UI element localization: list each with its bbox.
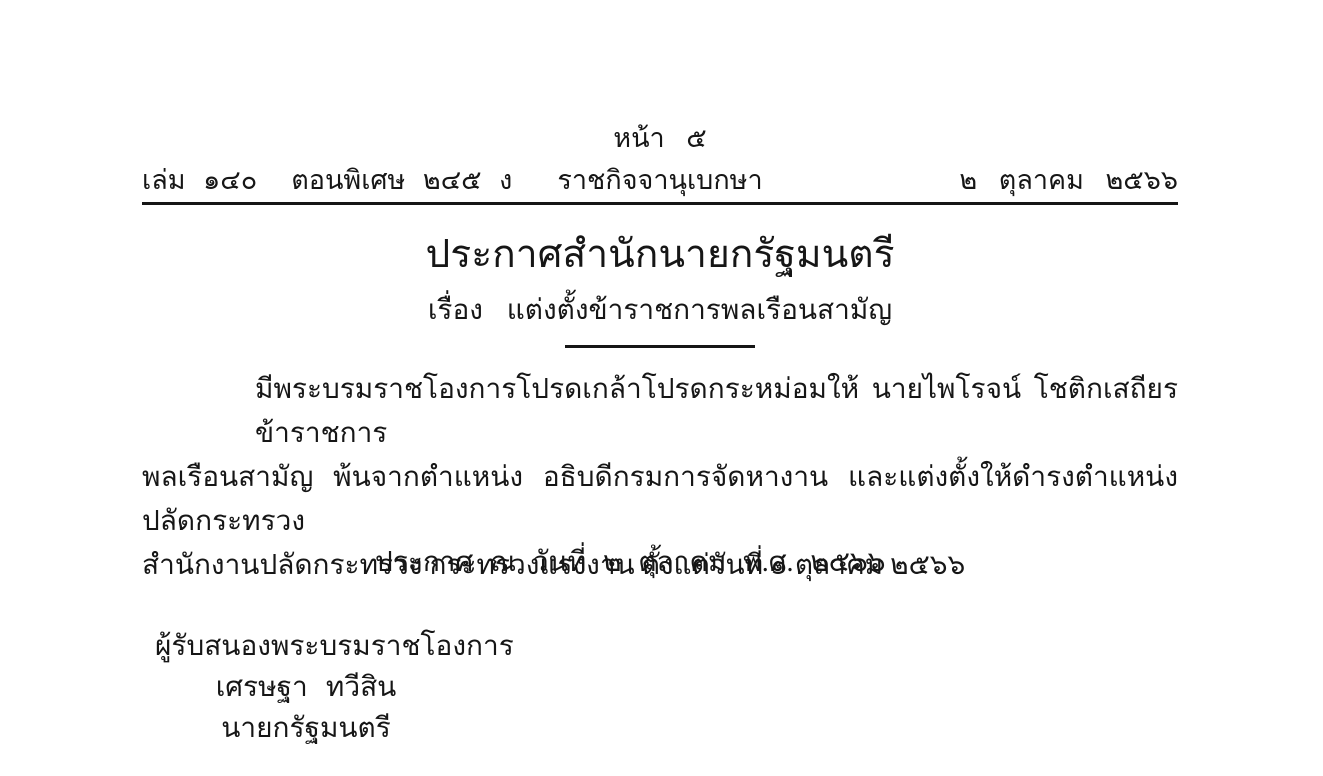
- announcement-subject: เรื่อง แต่งตั้งข้าราชการพลเรือนสามัญ: [142, 290, 1178, 332]
- body-line: พลเรือนสามัญ พ้นจากตำแหน่ง อธิบดีกรมการจ…: [142, 456, 1178, 544]
- countersign-block: ผู้รับสนองพระบรมราชโองการ เศรษฐา ทวีสิน …: [155, 626, 457, 749]
- title-divider: [565, 345, 755, 348]
- masthead-rule: [142, 202, 1178, 205]
- signer-title: นายกรัฐมนตรี: [155, 708, 457, 749]
- issue-label: ตอนพิเศษ ๒๔๕ ง: [291, 160, 512, 200]
- gazette-name: ราชกิจจานุเบกษา: [557, 160, 762, 200]
- page-number-label: หน้า ๕: [142, 118, 1178, 158]
- countersign-label: ผู้รับสนองพระบรมราชโองการ: [155, 626, 457, 667]
- issue-date: ๒ ตุลาคม ๒๕๖๖: [959, 160, 1178, 200]
- proclamation-date: ประกาศ ณ วันที่ ๒ ตุลาคม พ.ศ. ๒๕๖๖: [375, 541, 886, 585]
- volume-label: เล่ม ๑๔๐: [142, 160, 257, 200]
- announcement-title: ประกาศสำนักนายกรัฐมนตรี: [142, 228, 1178, 282]
- gazette-page: หน้า ๕ เล่ม ๑๔๐ ตอนพิเศษ ๒๔๕ ง ราชกิจจาน…: [0, 0, 1323, 776]
- masthead: เล่ม ๑๔๐ ตอนพิเศษ ๒๔๕ ง ราชกิจจานุเบกษา …: [142, 160, 1178, 204]
- masthead-left: เล่ม ๑๔๐ ตอนพิเศษ ๒๔๕ ง: [142, 160, 512, 200]
- body-line: มีพระบรมราชโองการโปรดเกล้าโปรดกระหม่อมให…: [142, 368, 1178, 456]
- signer-name: เศรษฐา ทวีสิน: [155, 667, 457, 708]
